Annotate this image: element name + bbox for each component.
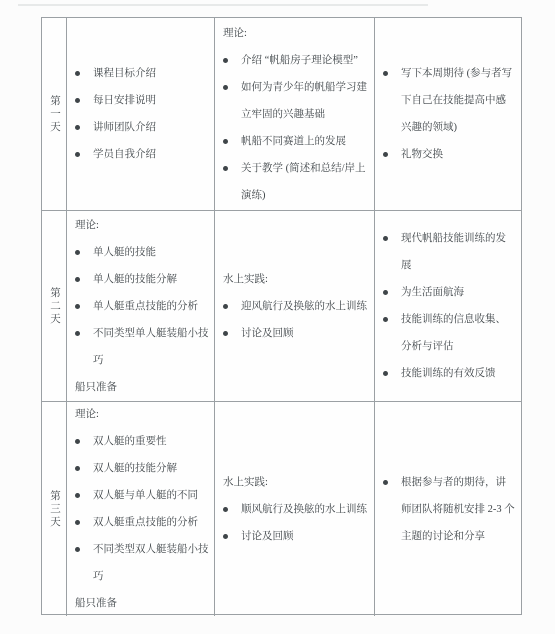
bullet-item: 为生活面航海 <box>383 279 516 306</box>
bullet-item: 礼物交换 <box>383 141 516 168</box>
bullet-text: 讲师团队介绍 <box>93 114 212 141</box>
bullet-item: 技能训练的有效反馈 <box>383 360 516 387</box>
bullet-icon <box>383 469 401 496</box>
section-header: 理论: <box>223 20 372 47</box>
section-footer: 船只准备 <box>75 590 212 616</box>
bullet-text: 帆船不同赛道上的发展 <box>241 128 372 155</box>
bullet-item: 介绍 “帆船房子理论模型” <box>223 47 372 74</box>
section-header: 理论: <box>75 212 212 239</box>
content-cell: 课程目标介绍每日安排说明讲师团队介绍学员自我介绍 <box>66 18 214 210</box>
day-label: 第一天 <box>43 95 65 134</box>
bullet-item: 课程目标介绍 <box>75 60 212 87</box>
schedule-table: 第一天课程目标介绍每日安排说明讲师团队介绍学员自我介绍理论:介绍 “帆船房子理论… <box>41 17 522 615</box>
bullet-text: 每日安排说明 <box>93 87 212 114</box>
bullet-icon <box>75 455 93 482</box>
content-cell: 水上实践:迎风航行及换舷的水上训练讨论及回顾 <box>214 211 374 401</box>
bullet-item: 每日安排说明 <box>75 87 212 114</box>
bullet-item: 双人艇重点技能的分析 <box>75 509 212 536</box>
bullet-icon <box>223 293 241 320</box>
bullet-icon <box>223 74 241 101</box>
bullet-text: 课程目标介绍 <box>93 60 212 87</box>
bullet-icon <box>383 306 401 333</box>
bullet-item: 双人艇的技能分解 <box>75 455 212 482</box>
bullet-item: 不同类型单人艇装船小技巧 <box>75 320 212 374</box>
bullet-text: 关于教学 (简述和总结/岸上演练) <box>241 155 372 209</box>
bullet-item: 双人艇与单人艇的不同 <box>75 482 212 509</box>
bullet-item: 帆船不同赛道上的发展 <box>223 128 372 155</box>
bullet-item: 学员自我介绍 <box>75 141 212 168</box>
bullet-text: 学员自我介绍 <box>93 141 212 168</box>
bullet-text: 介绍 “帆船房子理论模型” <box>241 47 372 74</box>
content-cell: 现代帆船技能训练的发展为生活面航海技能训练的信息收集、分析与评估技能训练的有效反… <box>374 211 523 401</box>
bullet-icon <box>75 87 93 114</box>
bullet-text: 不同类型单人艇装船小技巧 <box>93 320 212 374</box>
content-cell: 理论:双人艇的重要性双人艇的技能分解双人艇与单人艇的不同双人艇重点技能的分析不同… <box>66 402 214 616</box>
bullet-icon <box>383 279 401 306</box>
bullet-icon <box>223 496 241 523</box>
bullet-text: 技能训练的有效反馈 <box>401 360 516 387</box>
bullet-icon <box>383 141 401 168</box>
bullet-text: 现代帆船技能训练的发展 <box>401 225 516 279</box>
bullet-icon <box>75 536 93 563</box>
bullet-text: 双人艇的重要性 <box>93 428 212 455</box>
content-cell: 理论:介绍 “帆船房子理论模型”如何为青少年的帆船学习建立牢固的兴趣基础帆船不同… <box>214 18 374 210</box>
bullet-icon <box>75 266 93 293</box>
scan-artifact-line <box>18 4 428 6</box>
bullet-item: 技能训练的信息收集、分析与评估 <box>383 306 516 360</box>
table-row: 第三天理论:双人艇的重要性双人艇的技能分解双人艇与单人艇的不同双人艇重点技能的分… <box>42 401 521 616</box>
bullet-icon <box>383 360 401 387</box>
bullet-item: 写下本周期待 (参与者写下自己在技能提高中感兴趣的领域) <box>383 60 516 141</box>
bullet-item: 现代帆船技能训练的发展 <box>383 225 516 279</box>
bullet-item: 关于教学 (简述和总结/岸上演练) <box>223 155 372 209</box>
bullet-icon <box>75 320 93 347</box>
bullet-icon <box>75 60 93 87</box>
day-label: 第三天 <box>43 490 65 529</box>
bullet-text: 写下本周期待 (参与者写下自己在技能提高中感兴趣的领域) <box>401 60 516 141</box>
bullet-icon <box>383 225 401 252</box>
table-row: 第一天课程目标介绍每日安排说明讲师团队介绍学员自我介绍理论:介绍 “帆船房子理论… <box>42 18 521 210</box>
section-footer: 船只准备 <box>75 374 212 401</box>
day-cell: 第二天 <box>42 211 66 401</box>
bullet-text: 礼物交换 <box>401 141 516 168</box>
bullet-text: 根据参与者的期待，讲师团队将随机安排 2-3 个主题的讨论和分享 <box>401 469 516 550</box>
bullet-item: 不同类型双人艇装船小技巧 <box>75 536 212 590</box>
bullet-icon <box>75 293 93 320</box>
table-row: 第二天理论:单人艇的技能单人艇的技能分解单人艇重点技能的分析不同类型单人艇装船小… <box>42 210 521 401</box>
bullet-item: 讨论及回顾 <box>223 320 372 347</box>
bullet-text: 双人艇重点技能的分析 <box>93 509 212 536</box>
bullet-icon <box>75 114 93 141</box>
bullet-icon <box>75 428 93 455</box>
bullet-text: 讨论及回顾 <box>241 523 372 550</box>
bullet-text: 双人艇的技能分解 <box>93 455 212 482</box>
section-header: 理论: <box>75 402 212 428</box>
bullet-item: 讨论及回顾 <box>223 523 372 550</box>
bullet-text: 单人艇重点技能的分析 <box>93 293 212 320</box>
bullet-text: 不同类型双人艇装船小技巧 <box>93 536 212 590</box>
bullet-text: 技能训练的信息收集、分析与评估 <box>401 306 516 360</box>
bullet-icon <box>223 320 241 347</box>
bullet-text: 讨论及回顾 <box>241 320 372 347</box>
section-header: 水上实践: <box>223 266 372 293</box>
bullet-item: 迎风航行及换舷的水上训练 <box>223 293 372 320</box>
bullet-icon <box>223 47 241 74</box>
bullet-item: 单人艇的技能分解 <box>75 266 212 293</box>
bullet-text: 为生活面航海 <box>401 279 516 306</box>
bullet-text: 双人艇与单人艇的不同 <box>93 482 212 509</box>
content-cell: 水上实践:顺风航行及换舷的水上训练讨论及回顾 <box>214 402 374 616</box>
bullet-icon <box>75 141 93 168</box>
bullet-icon <box>223 128 241 155</box>
day-cell: 第三天 <box>42 402 66 616</box>
bullet-icon <box>75 509 93 536</box>
bullet-icon <box>223 155 241 182</box>
bullet-text: 迎风航行及换舷的水上训练 <box>241 293 372 320</box>
bullet-item: 单人艇重点技能的分析 <box>75 293 212 320</box>
bullet-item: 根据参与者的期待，讲师团队将随机安排 2-3 个主题的讨论和分享 <box>383 469 516 550</box>
day-label: 第二天 <box>43 287 65 326</box>
bullet-item: 双人艇的重要性 <box>75 428 212 455</box>
section-header: 水上实践: <box>223 469 372 496</box>
bullet-text: 单人艇的技能分解 <box>93 266 212 293</box>
bullet-item: 顺风航行及换舷的水上训练 <box>223 496 372 523</box>
bullet-icon <box>383 60 401 87</box>
content-cell: 理论:单人艇的技能单人艇的技能分解单人艇重点技能的分析不同类型单人艇装船小技巧船… <box>66 211 214 401</box>
bullet-icon <box>75 482 93 509</box>
bullet-item: 单人艇的技能 <box>75 239 212 266</box>
content-cell: 根据参与者的期待，讲师团队将随机安排 2-3 个主题的讨论和分享 <box>374 402 523 616</box>
bullet-text: 如何为青少年的帆船学习建立牢固的兴趣基础 <box>241 74 372 128</box>
bullet-icon <box>75 239 93 266</box>
day-cell: 第一天 <box>42 18 66 210</box>
bullet-text: 顺风航行及换舷的水上训练 <box>241 496 372 523</box>
bullet-item: 讲师团队介绍 <box>75 114 212 141</box>
content-cell: 写下本周期待 (参与者写下自己在技能提高中感兴趣的领域)礼物交换 <box>374 18 523 210</box>
bullet-text: 单人艇的技能 <box>93 239 212 266</box>
bullet-item: 如何为青少年的帆船学习建立牢固的兴趣基础 <box>223 74 372 128</box>
bullet-icon <box>223 523 241 550</box>
